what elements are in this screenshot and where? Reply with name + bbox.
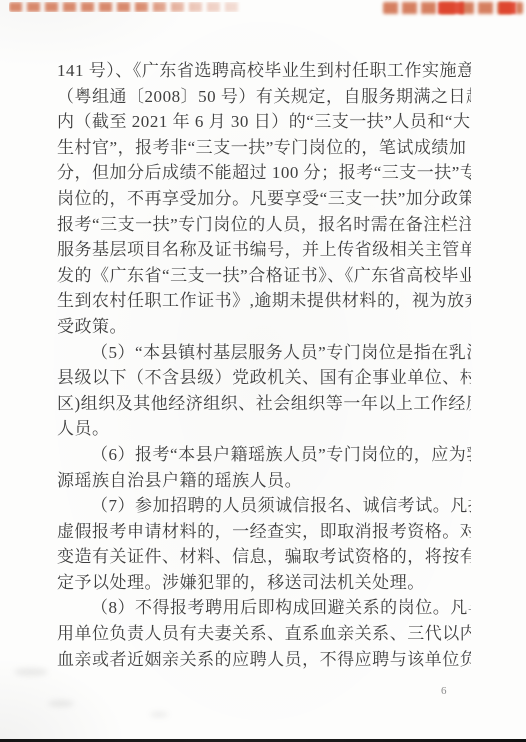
- text-line: 岗位的，不再享受加分。凡要享受“三支一扶”加分政策或: [57, 186, 471, 212]
- text-line: 变造有关证件、材料、信息，骗取考试资格的，将按有关规: [57, 544, 471, 570]
- text-line: （7）参加招聘的人员须诚信报名、诚信考试。凡提供: [57, 493, 471, 519]
- text-line: 生到农村任职工作证书》,逾期未提供材料的，视为放弃享: [57, 288, 471, 314]
- text-line: 发的《广东省“三支一扶”合格证书》、《广东省高校毕业: [57, 263, 471, 289]
- page-number: 6: [441, 685, 447, 697]
- text-line: 服务基层项目名称及证书编号，并上传省级相关主管单位颁: [57, 237, 471, 263]
- text-line: 虚假报考申请材料的，一经查实，即取消报考资格。对伪造、: [57, 519, 471, 545]
- text-line: （8）不得报考聘用后即构成回避关系的岗位。凡与聘: [57, 595, 471, 621]
- text-line: （6）报考“本县户籍瑶族人员”专门岗位的，应为乳: [57, 442, 471, 468]
- scanned-document-page: 141 号）、《广东省选聘高校毕业生到村任职工作实施意见》（粤组通〔2008〕5…: [0, 0, 526, 742]
- text-line: 报考“三支一扶”专门岗位的人员，报名时需在备注栏注明: [57, 212, 471, 238]
- header-stamp-red-fragment: [499, 2, 516, 14]
- header-stamp-red-fragment: [438, 2, 464, 14]
- document-body: 141 号）、《广东省选聘高校毕业生到村任职工作实施意见》（粤组通〔2008〕5…: [57, 58, 471, 672]
- scan-smudge: [150, 712, 168, 717]
- text-line: 源瑶族自治县户籍的瑶族人员。: [57, 468, 471, 494]
- text-line: 内（截至 2021 年 6 月 30 日）的“三支一扶”人员和“大学: [57, 109, 471, 135]
- text-line: 受政策。: [57, 314, 471, 340]
- header-stamp-blur-left: [9, 2, 243, 12]
- text-line: 县级以下（不含县级）党政机关、国有企事业单位、村(社: [57, 365, 471, 391]
- scan-smudge: [48, 700, 74, 707]
- text-line: 用单位负责人员有夫妻关系、直系血亲关系、三代以内旁系: [57, 621, 471, 647]
- text-line: 141 号）、《广东省选聘高校毕业生到村任职工作实施意见》: [57, 58, 471, 84]
- text-line: 生村官”，报考非“三支一扶”专门岗位的，笔试成绩加 10: [57, 135, 471, 161]
- text-line: （5）“本县镇村基层服务人员”专门岗位是指在乳源: [57, 340, 471, 366]
- text-line: 人员。: [57, 416, 471, 442]
- text-line: （粤组通〔2008〕50 号）有关规定，自服务期满之日起 3 年: [57, 84, 471, 110]
- text-line: 定予以处理。涉嫌犯罪的，移送司法机关处理。: [57, 570, 471, 596]
- scan-smudge: [14, 668, 48, 676]
- text-line: 分，但加分后成绩不能超过 100 分；报考“三支一扶”专门: [57, 160, 471, 186]
- text-line: 血亲或者近姻亲关系的应聘人员，不得应聘与该单位负责人: [57, 647, 471, 673]
- text-line: 区)组织及其他经济组织、社会组织等一年以上工作经历的: [57, 391, 471, 417]
